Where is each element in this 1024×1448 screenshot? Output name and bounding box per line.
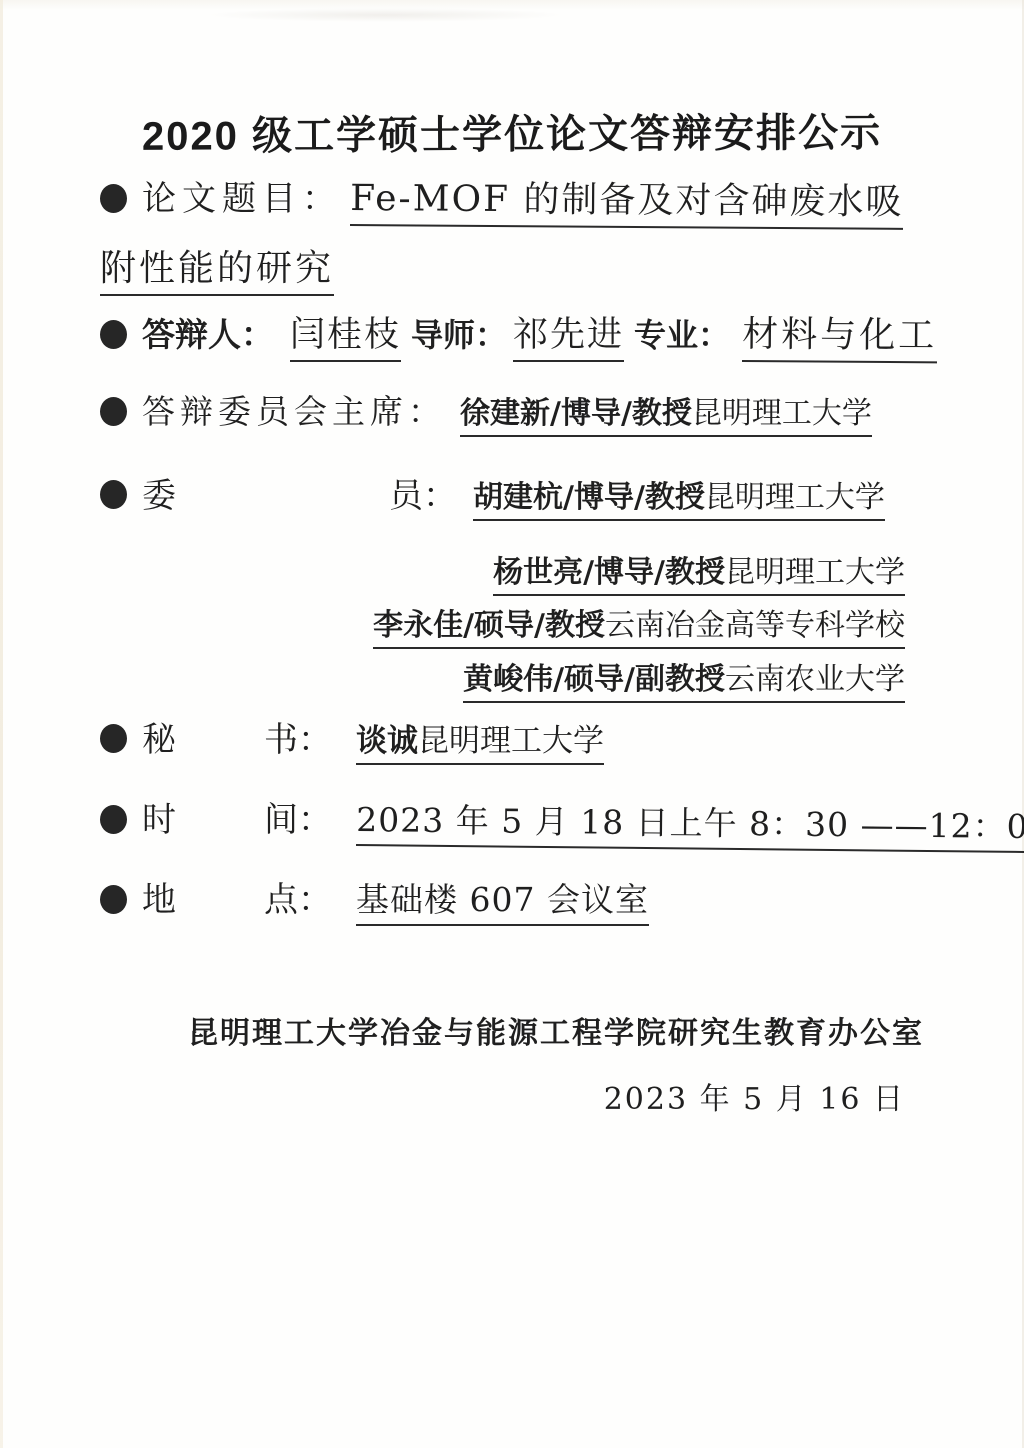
secretary-name: 谈诚 bbox=[356, 723, 418, 759]
bullet-icon bbox=[100, 320, 127, 349]
thesis-title-label: 论文题目： bbox=[142, 171, 342, 220]
chair-row: 答辩委员会主席： 徐建新/博导/教授昆明理工大学 bbox=[100, 386, 872, 437]
major-label: 专业： bbox=[634, 310, 730, 356]
time-label-second: 间： bbox=[264, 792, 332, 841]
defender-name: 闫桂枝 bbox=[290, 307, 401, 362]
committee-member: 杨世亮/博导/教授昆明理工大学 bbox=[493, 547, 905, 596]
thesis-title-value-line2: 附性能的研究 bbox=[100, 240, 334, 296]
secretary-label-first: 秘 bbox=[142, 712, 176, 761]
member-institution: 云南冶金高等专科学校 bbox=[605, 608, 905, 643]
committee-member: 黄峻伟/硕导/副教授云南农业大学 bbox=[463, 654, 905, 703]
committee-label: 委 员： bbox=[142, 468, 457, 517]
secretary-label: 秘 书： bbox=[142, 712, 332, 761]
footer-date: 2023 年 5 月 16 日 bbox=[604, 1074, 905, 1118]
member-institution: 云南农业大学 bbox=[725, 662, 905, 697]
committee-member: 胡建杭/博导/教授昆明理工大学 bbox=[473, 472, 885, 521]
scan-smudge-artifact bbox=[205, 8, 565, 22]
defender-label: 答辩人： bbox=[142, 309, 274, 356]
place-label-second: 点： bbox=[264, 872, 332, 921]
place-label: 地 点： bbox=[142, 872, 332, 921]
member-institution: 昆明理工大学 bbox=[725, 555, 905, 590]
committee-member: 李永佳/硕导/教授云南冶金高等专科学校 bbox=[373, 600, 905, 649]
member-name: 胡建杭/博导/教授 bbox=[473, 480, 705, 515]
place-value: 基础楼 607 会议室 bbox=[356, 874, 649, 926]
chair-institution: 昆明理工大学 bbox=[692, 396, 872, 431]
bullet-icon bbox=[100, 724, 127, 753]
time-label: 时 间： bbox=[142, 792, 332, 841]
member-institution: 昆明理工大学 bbox=[705, 480, 885, 515]
advisor-label: 导师： bbox=[411, 310, 507, 356]
page-title: 2020 级工学硕士学位论文答辩安排公示 bbox=[0, 100, 1024, 162]
secretary-row: 秘 书： 谈诚昆明理工大学 bbox=[100, 712, 604, 765]
place-row: 地 点： 基础楼 607 会议室 bbox=[100, 872, 649, 926]
secretary-institution: 昆明理工大学 bbox=[418, 723, 604, 759]
committee-label-first: 委 bbox=[142, 468, 176, 517]
member-name: 黄峻伟/硕导/副教授 bbox=[463, 662, 725, 697]
secretary-value: 谈诚昆明理工大学 bbox=[356, 715, 604, 765]
thesis-title-row-continued: 附性能的研究 bbox=[100, 240, 334, 296]
time-value: 2023 年 5 月 18 日上午 8：30 ——12：00 bbox=[356, 794, 1024, 853]
chair-label: 答辩委员会主席： bbox=[142, 386, 446, 433]
bullet-icon bbox=[100, 885, 127, 914]
footer-office-name: 昆明理工大学冶金与能源工程学院研究生教育办公室 bbox=[188, 1008, 924, 1052]
secretary-label-second: 书： bbox=[264, 712, 332, 761]
advisor-name: 祁先进 bbox=[513, 307, 624, 362]
member-name: 杨世亮/博导/教授 bbox=[493, 555, 725, 590]
thesis-title-row: 论文题目： Fe-MOF 的制备及对含砷废水吸 bbox=[100, 170, 903, 226]
committee-label-second: 员： bbox=[389, 468, 457, 517]
chair-name: 徐建新/博导/教授 bbox=[460, 396, 692, 431]
bullet-icon bbox=[100, 805, 127, 834]
thesis-title-value-line1: Fe-MOF 的制备及对含砷废水吸 bbox=[350, 170, 904, 230]
bullet-icon bbox=[100, 184, 127, 213]
place-label-first: 地 bbox=[142, 872, 176, 921]
time-row: 时 间： 2023 年 5 月 18 日上午 8：30 ——12：00 bbox=[100, 792, 1024, 846]
major-value: 材料与化工 bbox=[742, 306, 937, 363]
defender-row: 答辩人： 闫桂枝 导师： 祁先进 专业： 材料与化工 bbox=[100, 306, 937, 362]
time-label-first: 时 bbox=[142, 792, 176, 841]
bullet-icon bbox=[100, 397, 127, 426]
scan-left-edge-artifact bbox=[0, 0, 3, 1448]
member-name: 李永佳/硕导/教授 bbox=[373, 608, 605, 643]
chair-value: 徐建新/博导/教授昆明理工大学 bbox=[460, 388, 872, 437]
committee-row: 委 员： 胡建杭/博导/教授昆明理工大学 bbox=[100, 468, 885, 521]
bullet-icon bbox=[100, 480, 127, 509]
scanned-announcement-page: 2020 级工学硕士学位论文答辩安排公示 论文题目： Fe-MOF 的制备及对含… bbox=[0, 0, 1024, 1448]
